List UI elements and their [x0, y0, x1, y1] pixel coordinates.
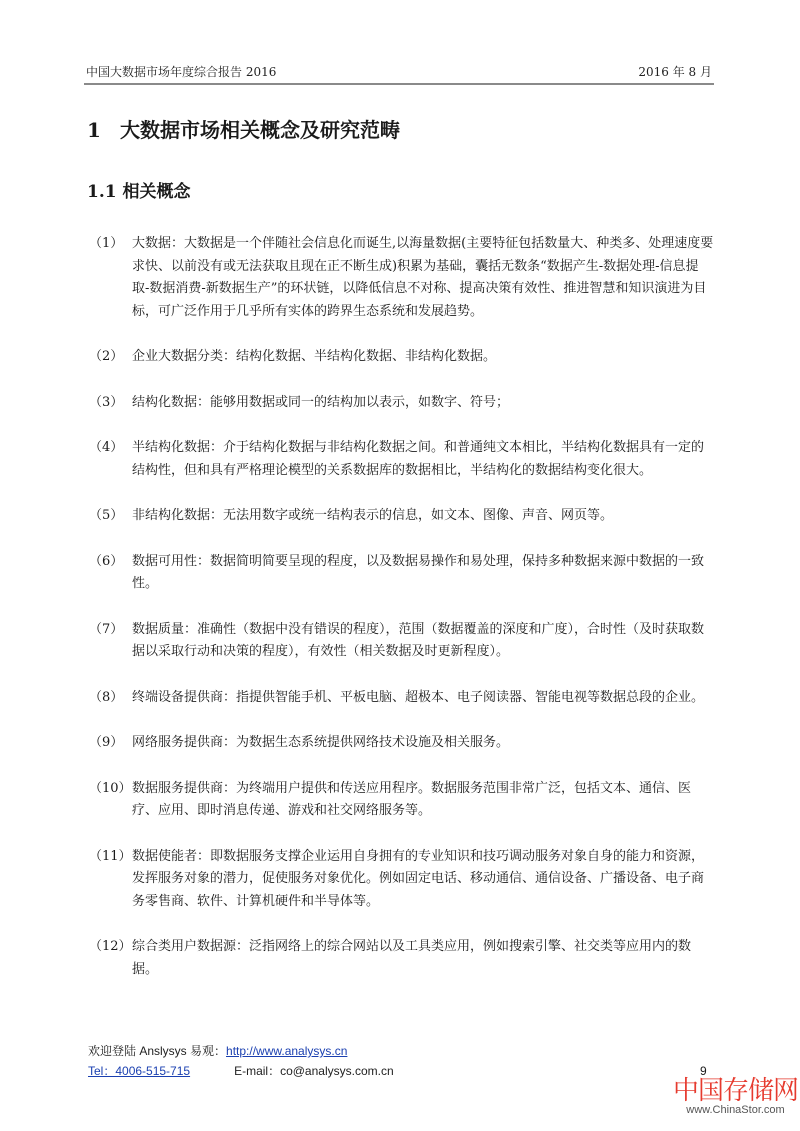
subsection-heading: 1.1 相关概念: [87, 177, 191, 202]
website-link[interactable]: http://www.analysys.cn: [226, 1044, 347, 1058]
item-index: （4）: [89, 437, 123, 460]
item-index: （3）: [89, 392, 123, 415]
item-text: 半结构化数据：介于结构化数据与非结构化数据之间。和普通纯文本相比，半结构化数据具…: [132, 440, 704, 478]
item-index: （9）: [89, 732, 123, 755]
item-text: 数据服务提供商：为终端用户提供和传送应用程序。数据服务范围非常广泛，包括文本、通…: [132, 781, 691, 819]
list-item: （2）企业大数据分类：结构化数据、半结构化数据、非结构化数据。: [89, 346, 714, 369]
item-text: 非结构化数据：无法用数字或统一结构表示的信息，如文本、图像、声音、网页等。: [132, 508, 613, 523]
list-item: （12）综合类用户数据源：泛指网络上的综合网站以及工具类应用，例如搜索引擎、社交…: [89, 936, 714, 981]
item-index: （6）: [89, 551, 123, 574]
concept-list: （1）大数据：大数据是一个伴随社会信息化而诞生,以海量数据(主要特征包括数量大、…: [89, 233, 714, 1004]
report-title: 中国大数据市场年度综合报告 2016: [86, 63, 276, 80]
item-index: （5）: [89, 505, 123, 528]
item-text: 数据可用性：数据简明简要呈现的程度，以及数据易操作和易处理，保持多种数据来源中数…: [132, 554, 704, 592]
section-title: 大数据市场相关概念及研究范畴: [120, 118, 400, 142]
item-index: （1）: [89, 233, 123, 256]
list-item: （3）结构化数据：能够用数据或同一的结构加以表示，如数字、符号；: [89, 392, 714, 415]
section-heading: 1 大数据市场相关概念及研究范畴: [87, 114, 400, 143]
running-header: 中国大数据市场年度综合报告 2016 2016 年 8 月: [86, 63, 712, 83]
item-index: （10）: [89, 778, 132, 801]
list-item: （6）数据可用性：数据简明简要呈现的程度，以及数据易操作和易处理，保持多种数据来…: [89, 551, 714, 596]
list-item: （7）数据质量：准确性（数据中没有错误的程度），范围（数据覆盖的深度和广度），合…: [89, 619, 714, 664]
item-text: 数据质量：准确性（数据中没有错误的程度），范围（数据覆盖的深度和广度），合时性（…: [132, 622, 704, 660]
list-item: （5）非结构化数据：无法用数字或统一结构表示的信息，如文本、图像、声音、网页等。: [89, 505, 714, 528]
item-text: 终端设备提供商：指提供智能手机、平板电脑、超极本、电子阅读器、智能电视等数据总段…: [132, 690, 704, 705]
list-item: （11）数据使能者：即数据服务支撑企业运用自身拥有的专业知识和技巧调动服务对象自…: [89, 846, 714, 914]
item-text: 企业大数据分类：结构化数据、半结构化数据、非结构化数据。: [132, 349, 496, 364]
list-item: （9）网络服务提供商：为数据生态系统提供网络技术设施及相关服务。: [89, 732, 714, 755]
item-text: 综合类用户数据源：泛指网络上的综合网站以及工具类应用，例如搜索引擎、社交类等应用…: [132, 939, 691, 977]
item-index: （11）: [89, 846, 132, 869]
list-item: （10）数据服务提供商：为终端用户提供和传送应用程序。数据服务范围非常广泛，包括…: [89, 778, 714, 823]
footer-welcome: 欢迎登陆 Anslysys 易观：: [88, 1044, 226, 1058]
list-item: （8）终端设备提供商：指提供智能手机、平板电脑、超极本、电子阅读器、智能电视等数…: [89, 687, 714, 710]
item-index: （8）: [89, 687, 123, 710]
list-item: （1）大数据：大数据是一个伴随社会信息化而诞生,以海量数据(主要特征包括数量大、…: [89, 233, 714, 323]
footer-email: E-mail：co@analysys.com.cn: [234, 1064, 394, 1078]
page-footer: 欢迎登陆 Anslysys 易观：http://www.analysys.cn …: [88, 1041, 394, 1081]
item-text: 大数据：大数据是一个伴随社会信息化而诞生,以海量数据(主要特征包括数量大、种类多…: [132, 236, 713, 319]
watermark-url: www.ChinaStor.com: [673, 1104, 798, 1116]
item-text: 网络服务提供商：为数据生态系统提供网络技术设施及相关服务。: [132, 735, 509, 750]
watermark-name: 中国存储网: [673, 1076, 798, 1106]
header-divider: [84, 83, 714, 85]
watermark-logo: 中国存储网 www.ChinaStor.com: [673, 1076, 798, 1116]
report-date: 2016 年 8 月: [638, 63, 712, 80]
item-index: （12）: [89, 936, 132, 959]
list-item: （4）半结构化数据：介于结构化数据与非结构化数据之间。和普通纯文本相比，半结构化…: [89, 437, 714, 482]
section-number: 1: [87, 118, 113, 142]
item-text: 数据使能者：即数据服务支撑企业运用自身拥有的专业知识和技巧调动服务对象自身的能力…: [132, 849, 704, 909]
tel-link[interactable]: Tel：4006-515-715: [88, 1064, 190, 1078]
item-text: 结构化数据：能够用数据或同一的结构加以表示，如数字、符号；: [132, 395, 509, 410]
item-index: （7）: [89, 619, 123, 642]
item-index: （2）: [89, 346, 123, 369]
